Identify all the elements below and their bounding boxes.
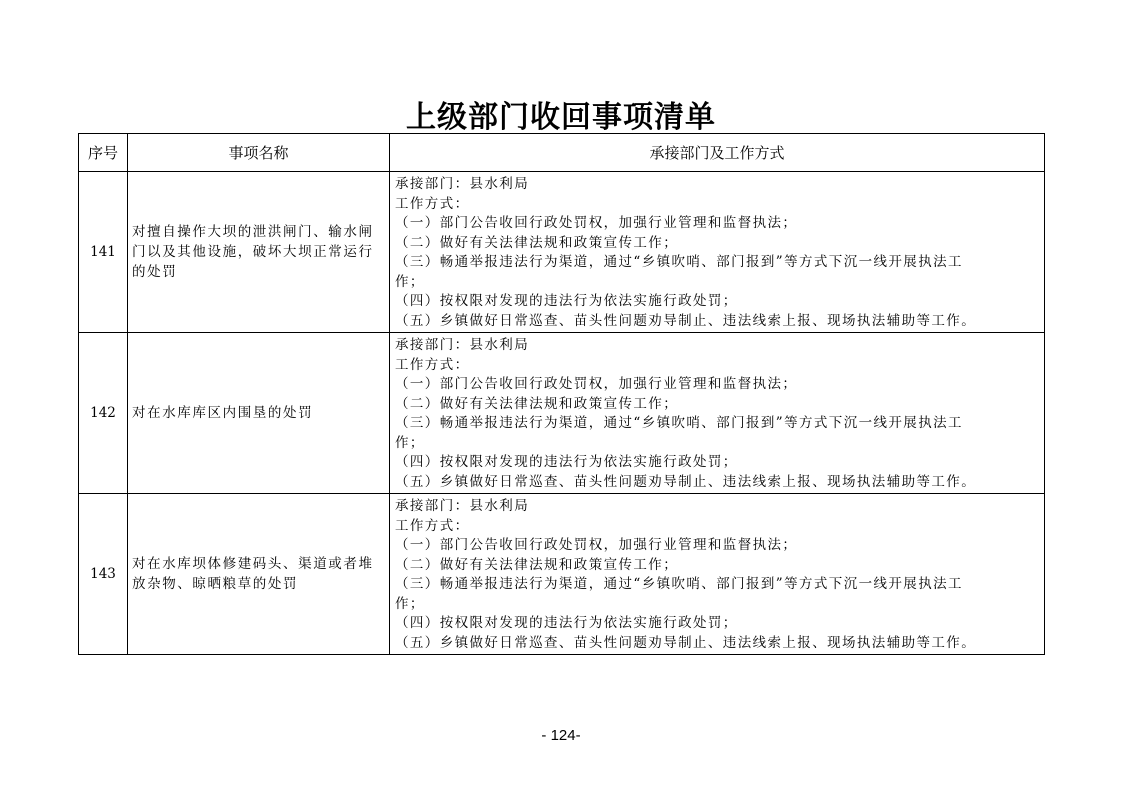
dept-line: （五）乡镇做好日常巡查、苗头性问题劝导制止、违法线索上报、现场执法辅助等工作。 bbox=[395, 634, 1039, 654]
dept-line: 作； bbox=[395, 595, 1039, 615]
dept-line: （二）做好有关法律法规和政策宣传工作； bbox=[395, 395, 1039, 415]
header-dept-method: 承接部门及工作方式 bbox=[390, 134, 1045, 172]
dept-line: 承接部门：县水利局 bbox=[395, 497, 1039, 517]
dept-line: （三）畅通举报违法行为渠道，通过“乡镇吹哨、部门报到”等方式下沉一线开展执法工 bbox=[395, 575, 1039, 595]
header-item-name: 事项名称 bbox=[128, 134, 390, 172]
dept-line: 工作方式： bbox=[395, 195, 1039, 215]
row-dept-method: 承接部门：县水利局 工作方式： （一）部门公告收回行政处罚权，加强行业管理和监督… bbox=[390, 494, 1045, 655]
row-seq: 143 bbox=[79, 494, 128, 655]
table-row: 142 对在水库库区内围垦的处罚 承接部门：县水利局 工作方式： （一）部门公告… bbox=[79, 333, 1045, 494]
page-number: - 124- bbox=[0, 727, 1122, 744]
dept-line: 作； bbox=[395, 434, 1039, 454]
dept-line: （一）部门公告收回行政处罚权，加强行业管理和监督执法； bbox=[395, 214, 1039, 234]
row-dept-method: 承接部门：县水利局 工作方式： （一）部门公告收回行政处罚权，加强行业管理和监督… bbox=[390, 333, 1045, 494]
dept-line: 工作方式： bbox=[395, 517, 1039, 537]
dept-line: （四）按权限对发现的违法行为依法实施行政处罚； bbox=[395, 453, 1039, 473]
dept-line: （二）做好有关法律法规和政策宣传工作； bbox=[395, 234, 1039, 254]
row-item-name: 对在水库库区内围垦的处罚 bbox=[128, 333, 390, 494]
table-row: 141 对擅自操作大坝的泄洪闸门、输水闸门以及其他设施，破坏大坝正常运行的处罚 … bbox=[79, 172, 1045, 333]
dept-line: 承接部门：县水利局 bbox=[395, 175, 1039, 195]
dept-line: （五）乡镇做好日常巡查、苗头性问题劝导制止、违法线索上报、现场执法辅助等工作。 bbox=[395, 473, 1039, 493]
dept-line: 工作方式： bbox=[395, 356, 1039, 376]
row-item-name: 对在水库坝体修建码头、渠道或者堆放杂物、晾晒粮草的处罚 bbox=[128, 494, 390, 655]
recalled-items-table: 序号 事项名称 承接部门及工作方式 141 对擅自操作大坝的泄洪闸门、输水闸门以… bbox=[78, 133, 1045, 655]
header-seq: 序号 bbox=[79, 134, 128, 172]
dept-line: （一）部门公告收回行政处罚权，加强行业管理和监督执法； bbox=[395, 536, 1039, 556]
dept-line: （三）畅通举报违法行为渠道，通过“乡镇吹哨、部门报到”等方式下沉一线开展执法工 bbox=[395, 253, 1039, 273]
dept-line: 承接部门：县水利局 bbox=[395, 336, 1039, 356]
dept-line: （一）部门公告收回行政处罚权，加强行业管理和监督执法； bbox=[395, 375, 1039, 395]
dept-line: （四）按权限对发现的违法行为依法实施行政处罚； bbox=[395, 614, 1039, 634]
dept-line: （二）做好有关法律法规和政策宣传工作； bbox=[395, 556, 1039, 576]
row-dept-method: 承接部门：县水利局 工作方式： （一）部门公告收回行政处罚权，加强行业管理和监督… bbox=[390, 172, 1045, 333]
dept-line: （五）乡镇做好日常巡查、苗头性问题劝导制止、违法线索上报、现场执法辅助等工作。 bbox=[395, 312, 1039, 332]
dept-line: （三）畅通举报违法行为渠道，通过“乡镇吹哨、部门报到”等方式下沉一线开展执法工 bbox=[395, 414, 1039, 434]
document-title: 上级部门收回事项清单 bbox=[0, 92, 1122, 136]
table-row: 143 对在水库坝体修建码头、渠道或者堆放杂物、晾晒粮草的处罚 承接部门：县水利… bbox=[79, 494, 1045, 655]
row-seq: 142 bbox=[79, 333, 128, 494]
dept-line: 作； bbox=[395, 273, 1039, 293]
dept-line: （四）按权限对发现的违法行为依法实施行政处罚； bbox=[395, 292, 1039, 312]
row-seq: 141 bbox=[79, 172, 128, 333]
table-header-row: 序号 事项名称 承接部门及工作方式 bbox=[79, 134, 1045, 172]
row-item-name: 对擅自操作大坝的泄洪闸门、输水闸门以及其他设施，破坏大坝正常运行的处罚 bbox=[128, 172, 390, 333]
